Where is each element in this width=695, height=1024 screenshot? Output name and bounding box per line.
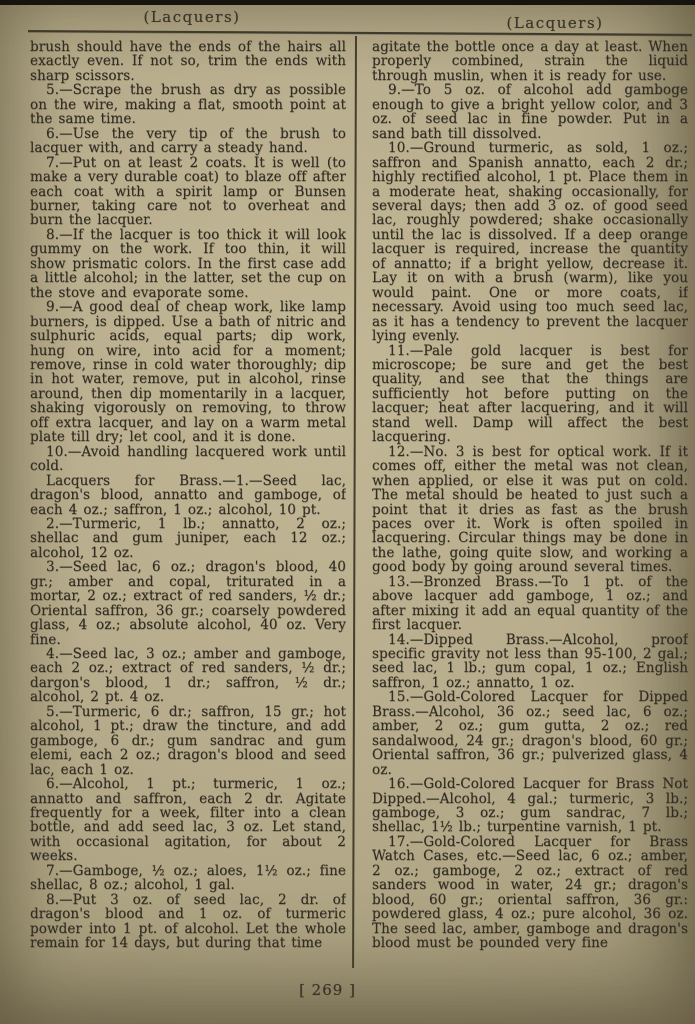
paragraph: 5.—Turmeric, 6 dr.; saffron, 15 gr.; hot…	[30, 705, 346, 777]
paragraph: 5.—Scrape the brush as dry as possible o…	[30, 83, 346, 126]
paragraph: 2.—Turmeric, 1 lb.; annatto, 2 oz.; shel…	[30, 517, 346, 560]
paragraph: 8.—Put 3 oz. of seed lac, 2 dr. of drago…	[30, 893, 346, 951]
paragraph: brush should have the ends of the hairs …	[30, 40, 346, 83]
paragraph: 14.—Dipped Brass.—Alcohol, proof specifi…	[372, 633, 688, 691]
paragraph: 8.—If the lacquer is too thick it will l…	[30, 228, 346, 300]
paragraph: 6.—Use the very tip of the brush to lacq…	[30, 127, 346, 156]
book-page-scan: (Lacquers) (Lacquers) brush should have …	[0, 0, 695, 1024]
paragraph: 7.—Gamboge, ½ oz.; aloes, 1½ oz.; fine s…	[30, 864, 346, 893]
paragraph: 9.—A good deal of cheap work, like lamp …	[30, 300, 346, 445]
running-head-left: (Lacquers)	[82, 8, 302, 26]
paragraph: 6.—Alcohol, 1 pt.; turmeric, 1 oz.; anna…	[30, 777, 346, 864]
paragraph: 3.—Seed lac, 6 oz.; dragon's blood, 40 g…	[30, 560, 346, 647]
paragraph: 12.—No. 3 is best for optical work. If i…	[372, 445, 688, 575]
paragraph: 13.—Bronzed Brass.—To 1 pt. of the above…	[372, 575, 688, 633]
scan-edge	[0, 0, 695, 5]
text-columns: brush should have the ends of the hairs …	[30, 40, 688, 974]
paragraph: 16.—Gold-Colored Lacquer for Brass Not D…	[372, 777, 688, 835]
page-number: [ 269 ]	[0, 981, 675, 999]
paragraph: 7.—Put on at least 2 coats. It is well (…	[30, 156, 346, 228]
paragraph: 15.—Gold-Colored Lacquer for Dipped Bras…	[372, 690, 688, 777]
left-column: brush should have the ends of the hairs …	[30, 40, 346, 974]
paragraph: 17.—Gold-Colored Lacquer for Brass Watch…	[372, 835, 688, 951]
paragraph: agitate the bottle once a day at least. …	[372, 40, 688, 83]
paragraph: 9.—To 5 oz. of alcohol add gamboge enoug…	[372, 83, 688, 141]
paragraph: 10.—Avoid handling lacquered work until …	[30, 445, 346, 474]
paragraph: 11.—Pale gold lacquer is best for micros…	[372, 344, 688, 445]
paragraph: 4.—Seed lac, 3 oz.; amber and gamboge, e…	[30, 647, 346, 705]
paragraph: Lacquers for Brass.—1.—Seed lac, dragon'…	[30, 474, 346, 517]
right-column: agitate the bottle once a day at least. …	[372, 40, 688, 974]
paragraph: 10.—Ground turmeric, as sold, 1 oz.; saf…	[372, 141, 688, 343]
running-head-right: (Lacquers)	[445, 14, 665, 32]
